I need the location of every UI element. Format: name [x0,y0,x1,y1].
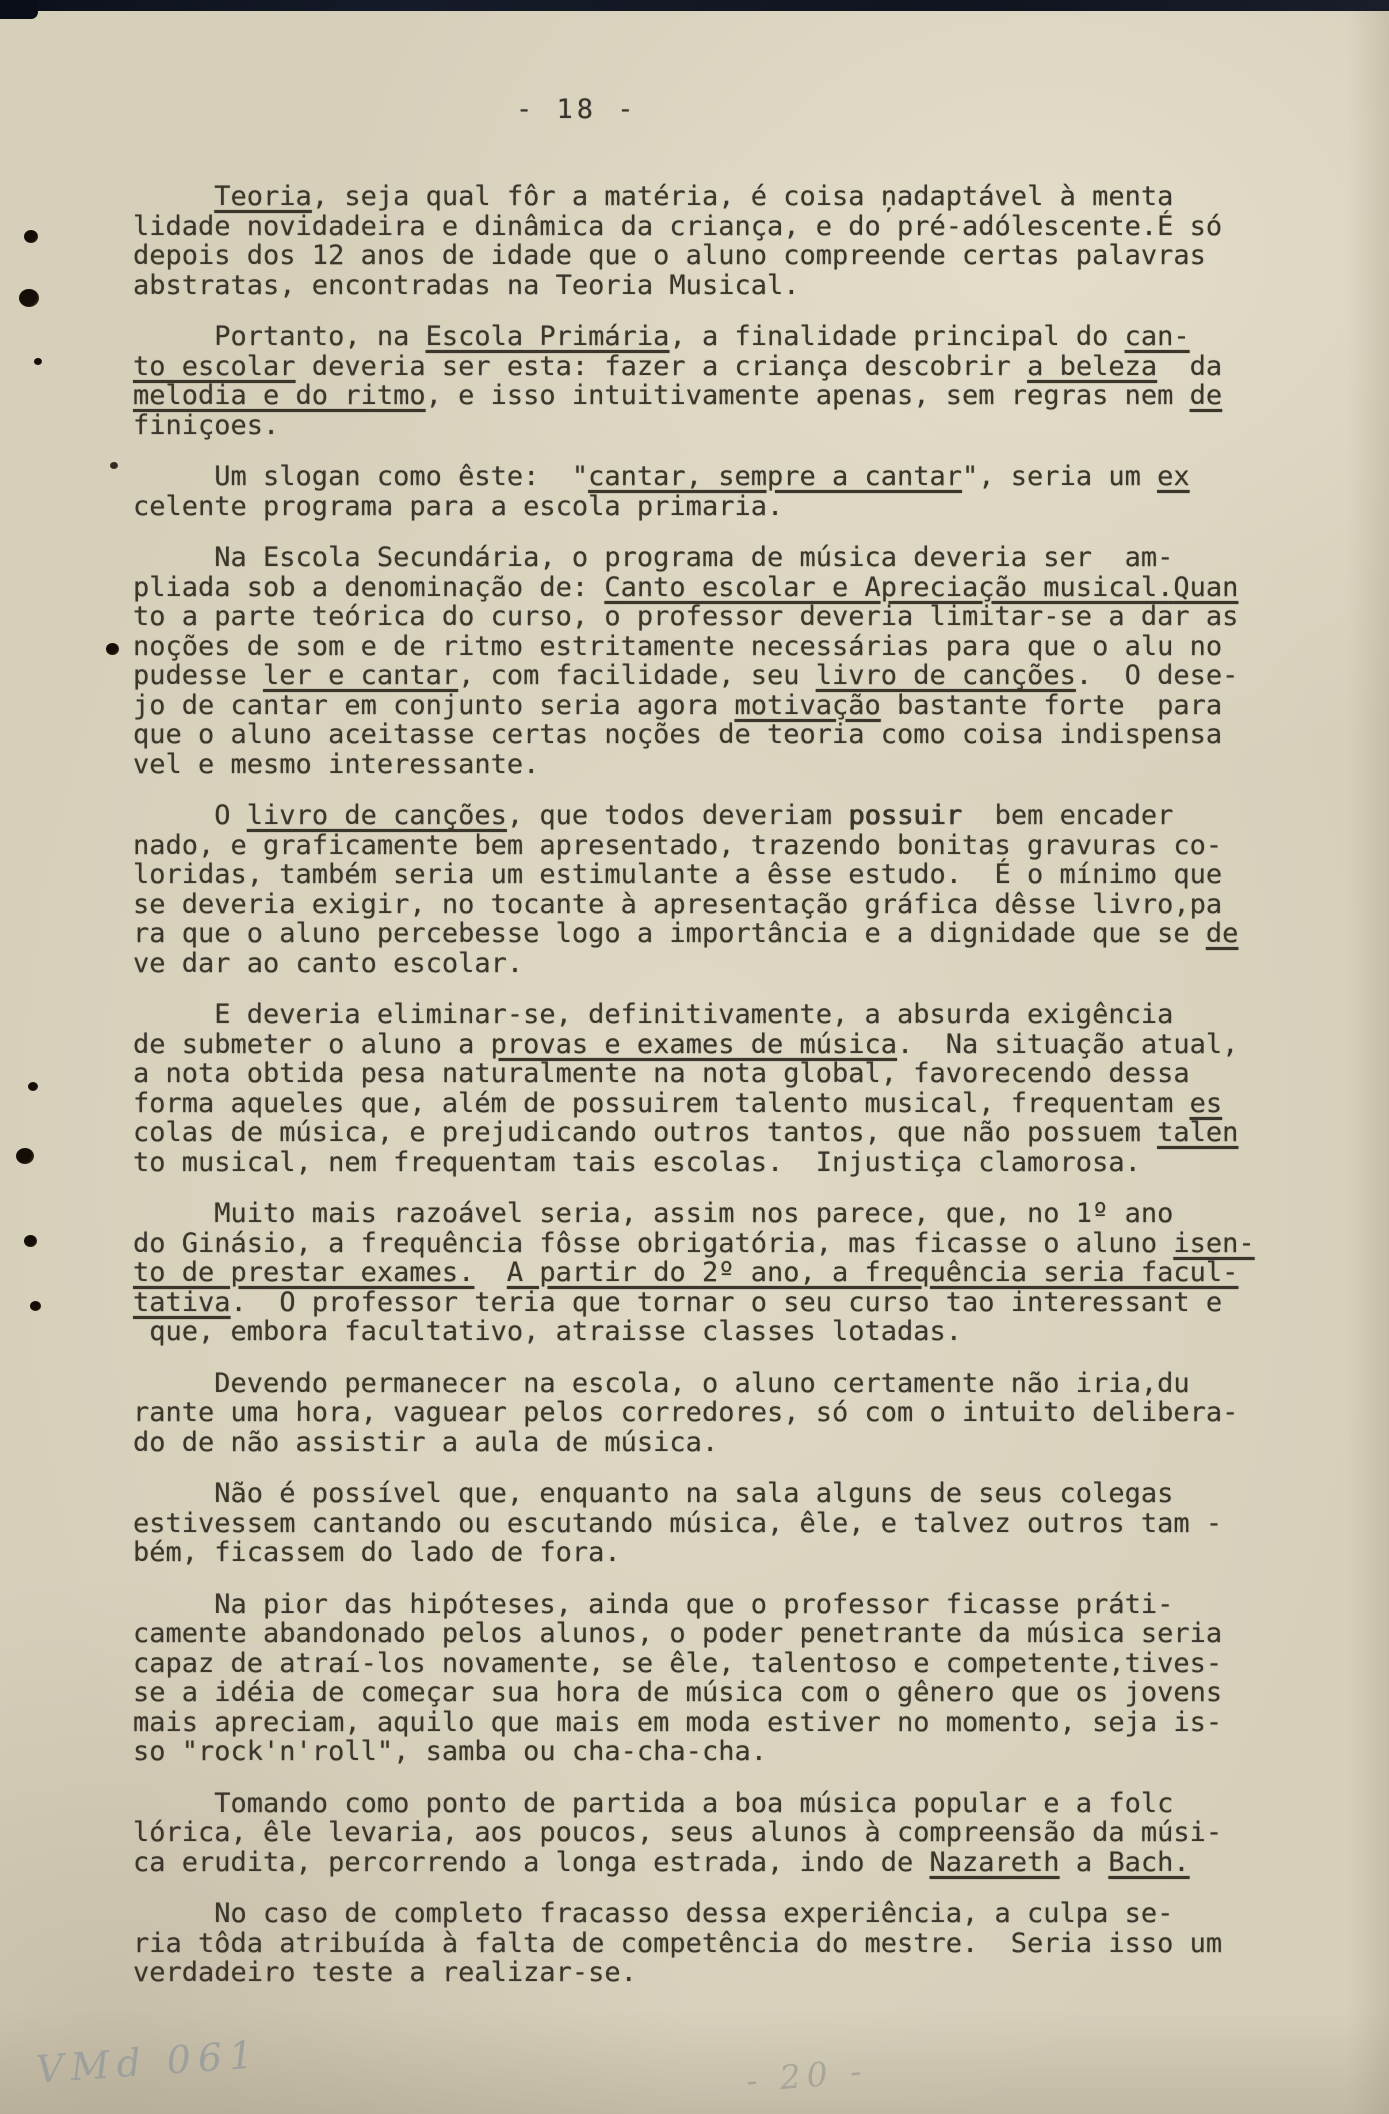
paragraph: Devendo permanecer na escola, o aluno ce… [133,1369,1323,1458]
paragraph: Tomando como ponto de partida a boa músi… [133,1789,1323,1878]
paragraph: Na pior das hipóteses, ainda que o profe… [133,1590,1323,1767]
paper-hole [19,289,39,307]
handwritten-page-number: - 20 - [745,2051,869,2100]
text-line: do Ginásio, a frequência fôsse obrigatór… [133,1229,1323,1259]
text-line: de submeter o aluno a provas e exames de… [133,1030,1323,1060]
text-line: to musical, nem frequentam tais escolas.… [133,1148,1323,1178]
paper-hole [34,358,42,365]
paragraph: Teoria, seja qual fôr a matéria, é coisa… [133,182,1323,300]
scanned-page: - 18 - Teoria, seja qual fôr a matéria, … [0,0,1389,2114]
text-line: loridas, também seria um estimulante a ê… [133,860,1323,890]
document-body: Teoria, seja qual fôr a matéria, é coisa… [133,182,1323,1988]
text-line: Na Escola Secundária, o programa de músi… [133,543,1323,573]
paragraph: Portanto, na Escola Primária, a finalida… [133,322,1323,440]
text-line: noções de som e de ritmo estritamente ne… [133,632,1323,662]
text-line: ca erudita, percorrendo a longa estrada,… [133,1848,1323,1878]
paragraph: Na Escola Secundária, o programa de músi… [133,543,1323,779]
text-line: que, embora facultativo, atraisse classe… [133,1317,1323,1347]
text-line: to escolar deveria ser esta: fazer a cri… [133,352,1323,382]
paper-hole [30,1301,41,1311]
ink-stain [106,643,119,655]
text-line: celente programa para a escola primaria. [133,492,1323,522]
text-line: ria tôda atribuída à falta de competênci… [133,1929,1323,1959]
paper-hole [24,1235,37,1247]
page-number: - 18 - [516,94,638,125]
text-line: que o aluno aceitasse certas noções de t… [133,720,1323,750]
paragraph: Muito mais razoável seria, assim nos par… [133,1199,1323,1347]
text-line: lórica, êle levaria, aos poucos, seus al… [133,1818,1323,1848]
text-line: a nota obtida pesa naturalmente na nota … [133,1059,1323,1089]
text-line: to a parte teórica do curso, o professor… [133,602,1323,632]
text-line: Tomando como ponto de partida a boa músi… [133,1789,1323,1819]
paragraph: Um slogan como êste: "cantar, sempre a c… [133,462,1323,521]
text-line: No caso de completo fracasso dessa exper… [133,1899,1323,1929]
text-line: E deveria eliminar-se, definitivamente, … [133,1000,1323,1030]
text-line: pliada sob a denominação de: Canto escol… [133,573,1323,603]
paragraph: Não é possível que, enquanto na sala alg… [133,1479,1323,1568]
text-line: capaz de atraí-los novamente, se êle, ta… [133,1649,1323,1679]
text-line: finiçoes. [133,411,1323,441]
text-line: Não é possível que, enquanto na sala alg… [133,1479,1323,1509]
text-line: estivessem cantando ou escutando música,… [133,1509,1323,1539]
paper-hole [28,1082,38,1091]
text-line: ve dar ao canto escolar. [133,949,1323,979]
scan-edge-top [0,0,1389,11]
text-line: se deveria exigir, no tocante à apresent… [133,890,1323,920]
text-line: do de não assistir a aula de música. [133,1428,1323,1458]
text-line: ra que o aluno percebesse logo a importâ… [133,919,1323,949]
text-line: Devendo permanecer na escola, o aluno ce… [133,1369,1323,1399]
text-line: Na pior das hipóteses, ainda que o profe… [133,1590,1323,1620]
text-line: abstratas, encontradas na Teoria Musical… [133,271,1323,301]
text-line: verdadeiro teste a realizar-se. [133,1958,1323,1988]
paragraph: E deveria eliminar-se, definitivamente, … [133,1000,1323,1177]
text-line: to de prestar exames. A partir do 2º ano… [133,1258,1323,1288]
ink-stain [110,462,118,469]
text-line: forma aqueles que, além de possuirem tal… [133,1089,1323,1119]
text-line: mais apreciam, aquilo que mais em moda e… [133,1708,1323,1738]
text-line: depois dos 12 anos de idade que o aluno … [133,241,1323,271]
text-line: lidade novidadeira e dinâmica da criança… [133,212,1323,242]
text-line: O livro de canções, que todos deveriam p… [133,801,1323,831]
text-line: Teoria, seja qual fôr a matéria, é coisa… [133,182,1323,212]
text-line: tativa. O professor teria que tornar o s… [133,1288,1323,1318]
text-line: rante uma hora, vaguear pelos corredores… [133,1398,1323,1428]
archive-code-handwritten: VMd 061 [35,2032,262,2092]
text-line: colas de música, e prejudicando outros t… [133,1118,1323,1148]
text-line: vel e mesmo interessante. [133,750,1323,780]
paper-hole [16,1148,34,1164]
text-line: bém, ficassem do lado de fora. [133,1538,1323,1568]
text-line: se a idéia de começar sua hora de música… [133,1678,1323,1708]
paragraph: No caso de completo fracasso dessa exper… [133,1899,1323,1988]
text-line: melodia e do ritmo, e isso intuitivament… [133,381,1323,411]
text-line: nado, e graficamente bem apresentado, tr… [133,831,1323,861]
text-line: Um slogan como êste: "cantar, sempre a c… [133,462,1323,492]
text-line: so "rock'n'roll", samba ou cha-cha-cha. [133,1737,1323,1767]
text-line: Muito mais razoável seria, assim nos par… [133,1199,1323,1229]
text-line: Portanto, na Escola Primária, a finalida… [133,322,1323,352]
paper-hole [24,230,38,243]
paragraph: O livro de canções, que todos deveriam p… [133,801,1323,978]
text-line: pudesse ler e cantar, com facilidade, se… [133,661,1323,691]
text-line: jo de cantar em conjunto seria agora mot… [133,691,1323,721]
text-line: camente abandonado pelos alunos, o poder… [133,1619,1323,1649]
